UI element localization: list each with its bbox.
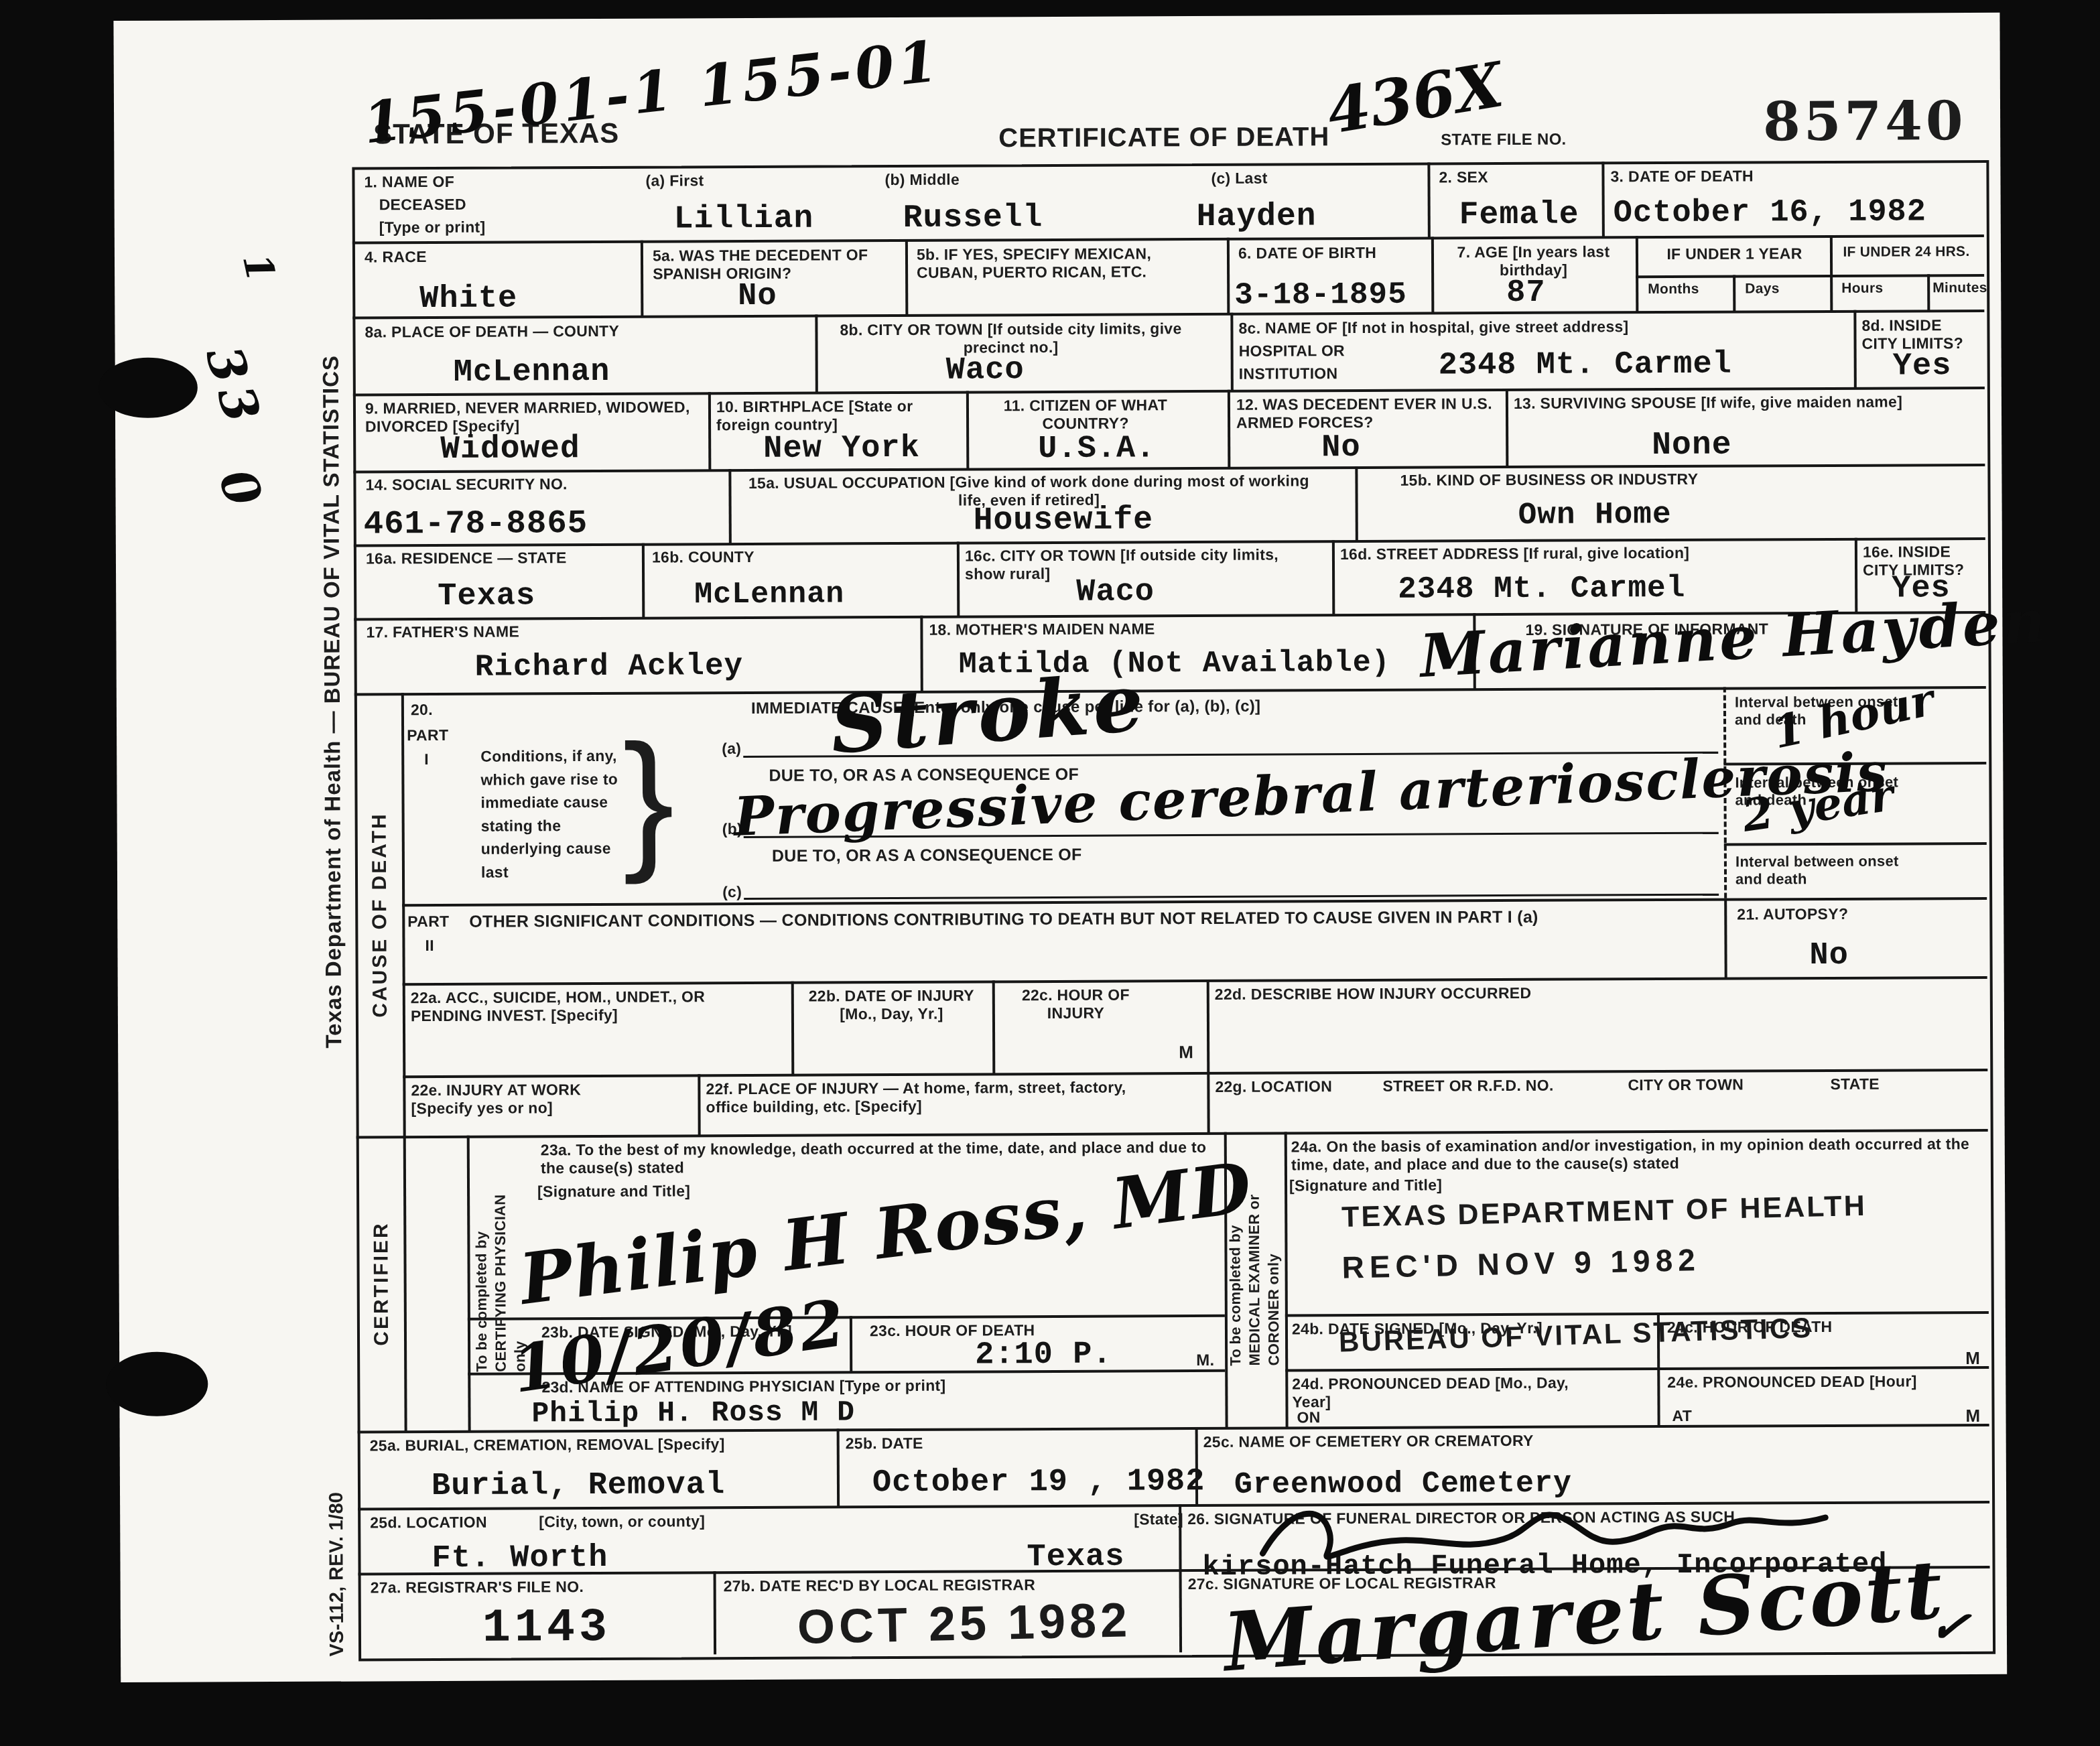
death-city-label: 8b. CITY OR TOWN [If outside city limits… (823, 320, 1198, 357)
certification-24a-sub: [Signature and Title] (1289, 1176, 1442, 1195)
injury-describe-label: 22d. DESCRIBE HOW INJURY OCCURRED (1215, 982, 1918, 1003)
autopsy-value: No (1809, 938, 1849, 973)
marital-status-label: 9. MARRIED, NEVER MARRIED, WIDOWED, DIVO… (365, 398, 694, 435)
residence-state-label: 16a. RESIDENCE — STATE (366, 549, 567, 567)
residence-county-label: 16b. COUNTY (652, 548, 754, 566)
date-of-death-value: October 16, 1982 (1614, 194, 1927, 231)
birthplace-label: 10. BIRTHPLACE [State or foreign country… (716, 397, 944, 434)
burial-value: Burial, Removal (432, 1467, 725, 1504)
surviving-spouse-value: None (1652, 427, 1731, 464)
date-of-birth-label: 6. DATE OF BIRTH (1238, 244, 1376, 263)
age-label: 7. AGE [In years last birthday] (1441, 243, 1626, 279)
certifier-band: CERTIFIER (359, 1136, 405, 1432)
street-address-label: 16d. STREET ADDRESS [If rural, give loca… (1340, 543, 1823, 563)
disposition-state-value: Texas (1027, 1540, 1124, 1576)
hour-of-death-23c-value: 2:10 P. (975, 1337, 1112, 1373)
state-file-number: 85740 (1763, 90, 1967, 153)
place-of-death-county-label: 8a. PLACE OF DEATH — COUNTY (365, 322, 619, 341)
date-of-death-label: 3. DATE OF DEATH (1610, 167, 1754, 186)
cause-line-a-label: (a) (722, 740, 741, 758)
interval-label-c: Interval between onset and death (1735, 852, 1923, 887)
pronounced-dead-24d-label: 24d. PRONOUNCED DEAD [Mo., Day, Year] (1292, 1374, 1573, 1411)
race-value: White (419, 281, 517, 317)
part1-label-b: I (424, 750, 429, 768)
street-address-value: 2348 Mt. Carmel (1398, 571, 1685, 607)
injury-place-label: 22f. PLACE OF INJURY — At home, farm, st… (706, 1078, 1161, 1116)
registrar-file-label: 27a. REGISTRAR'S FILE NO. (371, 1578, 584, 1597)
citizen-label: 11. CITIZEN OF WHAT COUNTRY? (975, 396, 1196, 433)
name-label-line1: 1. NAME OF (364, 173, 454, 191)
hospital-label-line2: HOSPITAL OR (1239, 342, 1345, 360)
sex-value: Female (1459, 197, 1579, 234)
citizen-value: U.S.A. (1038, 431, 1155, 467)
disposition-city-value: Ft. Worth (432, 1540, 608, 1576)
pronounced-dead-24e-label: 24e. PRONOUNCED DEAD [Hour] (1667, 1372, 1955, 1392)
disposition-date-label: 25b. DATE (846, 1434, 923, 1453)
part2-label-b: II (425, 937, 434, 955)
race-label: 4. RACE (365, 248, 427, 266)
disposition-date-value: October 19 , 1982 (872, 1464, 1205, 1501)
if-under-1-year-label: IF UNDER 1 YEAR (1639, 245, 1830, 263)
minutes-label: Minutes (1932, 280, 1987, 297)
injury-manner-label: 22a. ACC., SUICIDE, HOM., UNDET., OR PEN… (411, 988, 773, 1025)
part2-label-a: PART (407, 913, 449, 931)
death-inside-city-value: Yes (1893, 348, 1952, 384)
hour-of-death-24c-m: M (1965, 1348, 1980, 1368)
spanish-specify-label: 5b. IF YES, SPECIFY MEXICAN, CUBAN, PUER… (917, 245, 1185, 281)
place-of-death-county-value: McLennan (454, 354, 610, 391)
birthplace-value: New York (763, 431, 920, 467)
cemetery-label: 25c. NAME OF CEMETERY OR CREMATORY (1203, 1431, 1632, 1451)
attending-physician-value: Philip H. Ross M D (531, 1396, 855, 1430)
surviving-spouse-label: 13. SURVIVING SPOUSE [If wife, give maid… (1514, 393, 1969, 413)
injury-hour-m: M (1179, 1042, 1193, 1062)
father-name-label: 17. FATHER'S NAME (366, 622, 519, 641)
first-name-value: Lillian (674, 201, 814, 238)
injury-location-city-label: CITY OR TOWN (1628, 1075, 1744, 1093)
certifier-band-label: CERTIFIER (370, 1222, 394, 1346)
injury-location-state-label: STATE (1830, 1075, 1880, 1093)
spanish-origin-label: 5a. WAS THE DECEDENT OF SPANISH ORIGIN? (653, 246, 874, 283)
registrar-file-value: 1143 (482, 1602, 611, 1656)
days-label: Days (1745, 281, 1780, 297)
spanish-origin-value: No (738, 279, 777, 314)
if-under-24-hrs-label: IF UNDER 24 HRS. (1832, 244, 1981, 261)
months-label: Months (1648, 281, 1699, 298)
death-inside-city-label: 8d. INSIDE CITY LIMITS? (1861, 316, 1979, 352)
due-to-label-2: DUE TO, OR AS A CONSEQUENCE OF (772, 846, 1082, 866)
hospital-value: 2348 Mt. Carmel (1439, 347, 1732, 384)
burial-label: 25a. BURIAL, CREMATION, REMOVAL [Specify… (370, 1435, 785, 1455)
margin-checkmark: ✓ (1926, 1595, 1973, 1656)
industry-value: Own Home (1518, 497, 1672, 533)
conditions-brace: } (622, 722, 675, 876)
occupation-value: Housewife (974, 502, 1153, 539)
pronounced-dead-24e-at: AT (1672, 1407, 1692, 1425)
part1-label-a: PART (407, 726, 448, 744)
date-of-birth-value: 3-18-1895 (1234, 277, 1407, 313)
state-file-no-label: STATE FILE NO. (1441, 131, 1566, 150)
scanned-sheet: Texas Department of Health — BUREAU OF V… (0, 0, 2100, 1746)
marital-status-value: Widowed (440, 431, 580, 468)
injury-at-work-label: 22e. INJURY AT WORK [Specify yes or no] (411, 1081, 632, 1118)
registrar-received-stamp: OCT 25 1982 (797, 1593, 1132, 1655)
sex-label: 2. SEX (1439, 168, 1488, 186)
hospital-label-line3: INSTITUTION (1239, 364, 1338, 383)
injury-location-street-label: STREET OR R.F.D. NO. (1382, 1077, 1553, 1095)
hole-punch-bottom (106, 1351, 208, 1416)
middle-name-label: (b) Middle (884, 171, 960, 189)
certificate-title: CERTIFICATE OF DEATH (998, 121, 1329, 154)
disposition-state-sub: [State] (1134, 1510, 1183, 1528)
autopsy-label: 21. AUTOPSY? (1737, 905, 1848, 923)
pronounced-dead-24d-on: ON (1297, 1408, 1320, 1426)
cause-of-death-band: CAUSE OF DEATH (357, 693, 403, 1137)
name-label-line3: [Type or print] (379, 218, 486, 237)
last-name-label: (c) Last (1211, 170, 1267, 188)
first-name-label: (a) First (645, 172, 704, 190)
residence-city-value: Waco (1076, 574, 1155, 610)
pronounced-dead-24e-m: M (1965, 1406, 1980, 1426)
disposition-location-label: 25d. LOCATION (370, 1514, 487, 1532)
mother-maiden-label: 18. MOTHER'S MAIDEN NAME (929, 620, 1155, 639)
funeral-director-signature-scrawl (1249, 1491, 1853, 1574)
hour-of-death-23c-m: M. (1196, 1351, 1214, 1370)
death-city-value: Waco (946, 352, 1025, 389)
hours-label: Hours (1841, 281, 1883, 297)
cause-item-number: 20. (411, 701, 433, 719)
certification-24a-label: 24a. On the basis of examination and/or … (1291, 1135, 1975, 1174)
form-revision-label: VS-112, REV. 1/80 (326, 1436, 353, 1657)
cause-line-c-label: (c) (722, 883, 742, 901)
ssn-value: 461-78-8865 (364, 505, 588, 543)
disposition-location-sub: [City, town, or county] (539, 1512, 705, 1531)
middle-name-value: Russell (903, 200, 1043, 237)
industry-label: 15b. KIND OF BUSINESS OR INDUSTRY (1400, 470, 1882, 490)
residence-state-value: Texas (438, 578, 535, 614)
hole-punch-top (99, 358, 198, 419)
name-label-line2: DECEASED (379, 196, 466, 214)
hospital-label-line1: 8c. NAME OF [If not in hospital, give st… (1238, 318, 1694, 338)
death-certificate-scan: Texas Department of Health — BUREAU OF V… (0, 0, 2100, 1746)
injury-location-label: 22g. LOCATION (1215, 1077, 1332, 1095)
conditions-note: Conditions, if any, which gave rise to i… (480, 744, 642, 884)
injury-hour-label: 22c. HOUR OF INJURY (1000, 986, 1151, 1022)
agency-vertical-label: Texas Department of Health — BUREAU OF V… (317, 171, 352, 1049)
age-value: 87 (1506, 275, 1546, 311)
registrar-received-label: 27b. DATE REC'D BY LOCAL REGISTRAR (724, 1576, 1036, 1595)
armed-forces-label: 12. WAS DECEDENT EVER IN U.S. ARMED FORC… (1236, 395, 1498, 431)
armed-forces-value: No (1321, 430, 1361, 466)
cause-of-death-band-label: CAUSE OF DEATH (368, 813, 392, 1018)
residence-county-value: McLennan (694, 577, 844, 612)
certification-23a-sub: [Signature and Title] (537, 1182, 690, 1201)
ssn-label: 14. SOCIAL SECURITY NO. (365, 475, 567, 494)
father-name-value: Richard Ackley (475, 649, 744, 685)
injury-date-label: 22b. DATE OF INJURY [Mo., Day, Yr.] (799, 986, 984, 1023)
last-name-value: Hayden (1197, 198, 1317, 235)
